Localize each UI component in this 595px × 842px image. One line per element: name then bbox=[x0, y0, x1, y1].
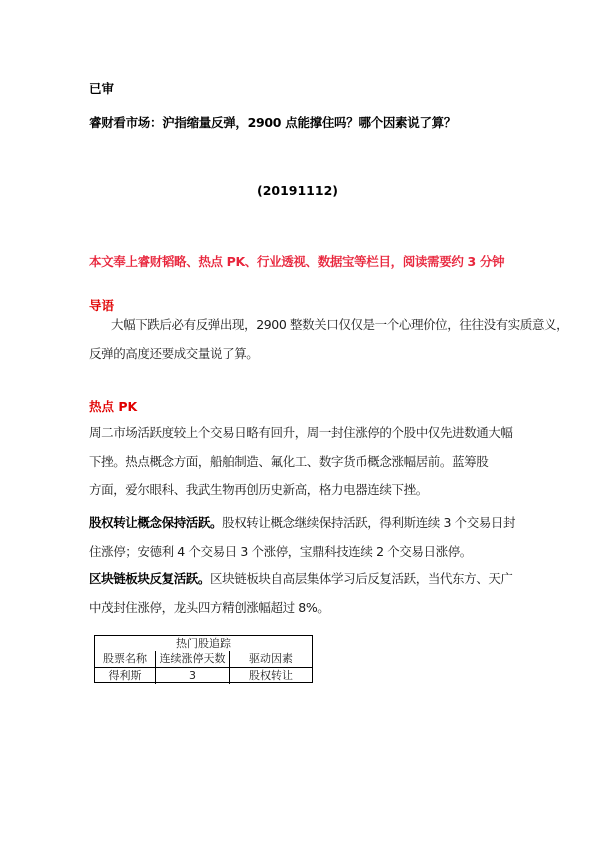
header-limit-up-days: 连续涨停天数 bbox=[156, 651, 230, 667]
hotspot-line: 下挫。热点概念方面，船舶制造、氟化工、数字货币概念涨幅居前。蓝筹股 bbox=[89, 448, 509, 477]
cell-driver: 股权转让 bbox=[230, 668, 312, 684]
intro-summary: 本文奉上睿财韬略、热点 PK、行业透视、数据宝等栏目，阅读需要约 3 分钟 bbox=[89, 252, 504, 270]
review-status: 已审 bbox=[89, 79, 114, 97]
lead-paragraph: 大幅下跌后必有反弹出现，2900 整数关口仅仅是一个心理价位，往往没有实质意义，… bbox=[89, 311, 509, 368]
header-stock-name: 股票名称 bbox=[95, 651, 156, 667]
equity-lead: 股权转让概念保持活跃。 bbox=[89, 515, 222, 530]
equity-line: 住涨停；安德利 4 个交易日 3 个涨停，宝鼎科技连续 2 个交易日涨停。 bbox=[89, 538, 509, 567]
header-driver: 驱动因素 bbox=[230, 651, 312, 667]
blockchain-lead: 区块链板块反复活跃。 bbox=[89, 571, 210, 586]
section-heading-hotspot: 热点 PK bbox=[89, 397, 137, 415]
hot-stock-table: 热门股追踪 股票名称 连续涨停天数 驱动因素 得利斯 3 股权转让 bbox=[94, 635, 313, 683]
document-title: 睿财看市场：沪指缩量反弹，2900 点能撑住吗？哪个因素说了算？ bbox=[89, 113, 456, 131]
blockchain-text: 区块链板块自高层集体学习后反复活跃，当代东方、天广 bbox=[210, 571, 513, 586]
equity-line: 股权转让概念保持活跃。股权转让概念继续保持活跃，得利斯连续 3 个交易日封 bbox=[89, 509, 509, 538]
document-date: (20191112) bbox=[0, 183, 595, 198]
table-caption: 热门股追踪 bbox=[95, 636, 312, 652]
hotspot-line: 周二市场活跃度较上个交易日略有回升，周一封住涨停的个股中仅先进数通大幅 bbox=[89, 419, 509, 448]
hotspot-line: 方面，爱尔眼科、我武生物再创历史新高，格力电器连续下挫。 bbox=[89, 476, 509, 505]
blockchain-line: 中茂封住涨停，龙头四方精创涨幅超过 8%。 bbox=[89, 594, 509, 623]
blockchain-paragraph: 区块链板块反复活跃。区块链板块自高层集体学习后反复活跃，当代东方、天广 中茂封住… bbox=[89, 565, 509, 622]
cell-stock-name: 得利斯 bbox=[95, 668, 156, 684]
table-header-row: 股票名称 连续涨停天数 驱动因素 bbox=[95, 651, 312, 667]
hotspot-paragraph: 周二市场活跃度较上个交易日略有回升，周一封住涨停的个股中仅先进数通大幅 下挫。热… bbox=[89, 419, 509, 505]
equity-transfer-paragraph: 股权转让概念保持活跃。股权转让概念继续保持活跃，得利斯连续 3 个交易日封 住涨… bbox=[89, 509, 509, 566]
lead-line: 反弹的高度还要成交量说了算。 bbox=[89, 340, 509, 369]
lead-line: 大幅下跌后必有反弹出现，2900 整数关口仅仅是一个心理价位，往往没有实质意义， bbox=[89, 311, 509, 340]
blockchain-line: 区块链板块反复活跃。区块链板块自高层集体学习后反复活跃，当代东方、天广 bbox=[89, 565, 509, 594]
equity-text: 股权转让概念继续保持活跃，得利斯连续 3 个交易日封 bbox=[222, 515, 515, 530]
cell-limit-up-days: 3 bbox=[156, 668, 230, 684]
table-row: 得利斯 3 股权转让 bbox=[95, 667, 312, 684]
